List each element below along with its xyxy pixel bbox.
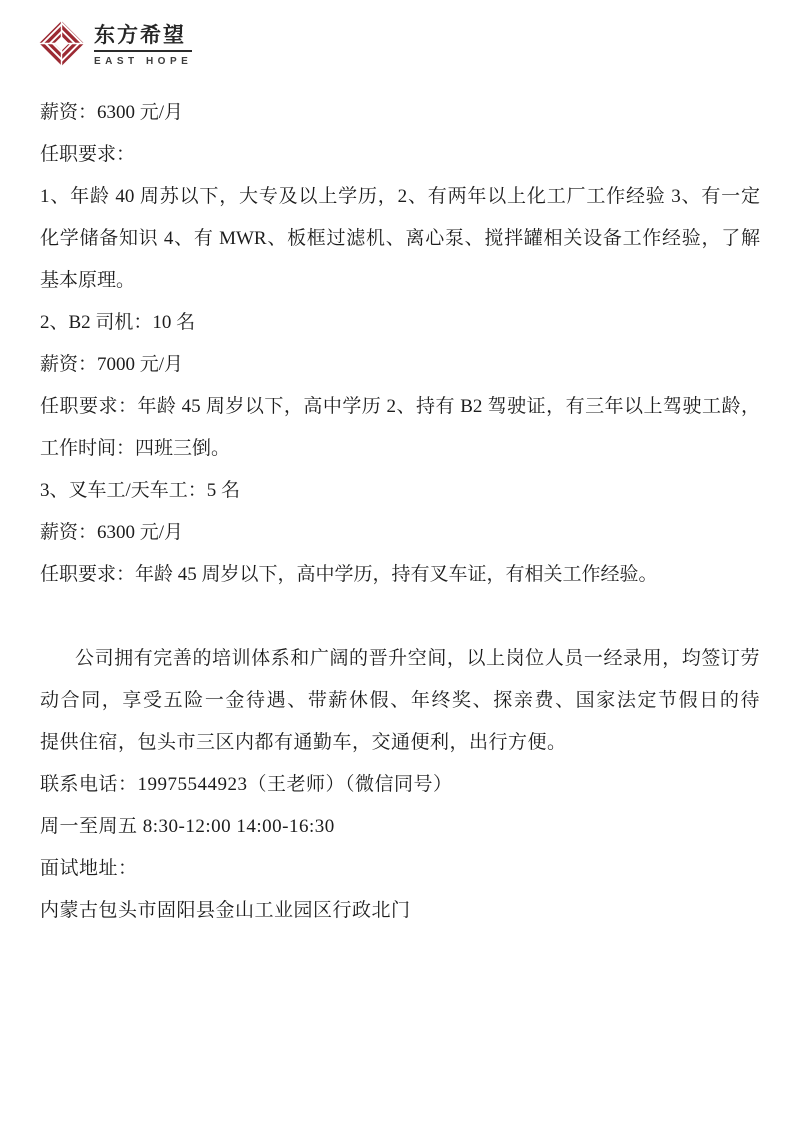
job3-title-line: 3、叉车工/天车工：5 名 — [40, 470, 760, 512]
job1-salary-line: 薪资：6300 元/月 — [40, 92, 760, 134]
job2-work-schedule-line: 工作时间：四班三倒。 — [40, 428, 760, 470]
benefits-line3: 提供住宿，包头市三区内都有通勤车，交通便利，出行方便。 — [40, 722, 760, 764]
job2-title-line: 2、B2 司机：10 名 — [40, 302, 760, 344]
job1-requirements-line2: 化学储备知识 4、有 MWR、板框过滤机、离心泵、搅拌罐相关设备工作经验，了解 — [40, 218, 760, 260]
job1-requirements-line1: 1、年龄 40 周苏以下，大专及以上学历，2、有两年以上化工厂工作经验 3、有一… — [40, 176, 760, 218]
job3-salary-line: 薪资：6300 元/月 — [40, 512, 760, 554]
east-hope-diamond-logo-icon — [38, 20, 85, 67]
job1-requirements-label: 任职要求： — [40, 134, 760, 176]
brand-name-chinese: 东方希望 — [94, 24, 192, 52]
office-hours-line: 周一至周五 8:30-12:00 14:00-16:30 — [40, 806, 760, 848]
interview-address-line: 内蒙古包头市固阳县金山工业园区行政北门 — [40, 890, 760, 932]
logo-wordmark: 东方希望 EAST HOPE — [94, 20, 192, 67]
brand-name-english: EAST HOPE — [94, 56, 192, 67]
benefits-line2: 动合同，享受五险一金待遇、带薪休假、年终奖、探亲费、国家法定节假日的待遇、 — [40, 680, 760, 722]
job3-requirements-line: 任职要求：年龄 45 周岁以下，高中学历，持有叉车证，有相关工作经验。 — [40, 554, 760, 596]
blank-line — [40, 596, 760, 638]
job1-requirements-line3: 基本原理。 — [40, 260, 760, 302]
job-posting-document: 薪资：6300 元/月 任职要求： 1、年龄 40 周苏以下，大专及以上学历，2… — [40, 92, 760, 932]
job2-requirements-line1: 任职要求：年龄 45 周岁以下，高中学历 2、持有 B2 驾驶证，有三年以上驾驶… — [40, 386, 760, 428]
job2-salary-line: 薪资：7000 元/月 — [40, 344, 760, 386]
benefits-line1: 公司拥有完善的培训体系和广阔的晋升空间，以上岗位人员一经录用，均签订劳 — [40, 638, 760, 680]
company-logo: 东方希望 EAST HOPE — [38, 20, 192, 67]
interview-address-label: 面试地址： — [40, 848, 760, 890]
contact-phone-line: 联系电话：19975544923（王老师）（微信同号） — [40, 764, 760, 806]
